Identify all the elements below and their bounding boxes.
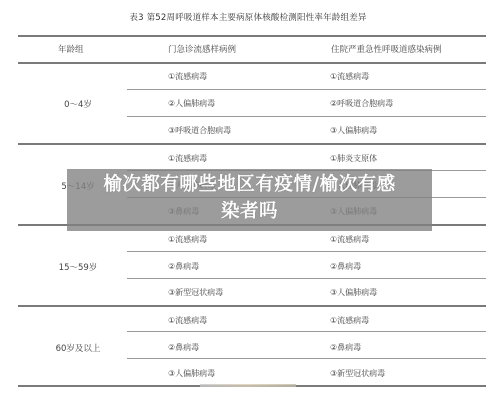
outpatient-cell: ③新型冠状病毒 — [168, 287, 223, 298]
outpatient-cell: ③人偏肺病毒 — [168, 368, 215, 379]
header-age-group: 年龄组 — [58, 43, 84, 55]
age-label: 0～4岁 — [18, 98, 138, 110]
age-label: 15～59岁 — [18, 261, 138, 273]
sub-rule — [127, 251, 486, 252]
outpatient-cell: ①流感病毒 — [168, 71, 207, 82]
sub-rule — [127, 278, 486, 279]
group-rule — [18, 143, 486, 145]
outpatient-cell: ①流感病毒 — [168, 315, 207, 326]
outpatient-cell: ②人偏肺病毒 — [168, 98, 215, 109]
inpatient-cell: ②鼻病毒 — [330, 342, 361, 353]
inpatient-cell: ②呼吸道合胞病毒 — [330, 98, 393, 109]
outpatient-cell: ①流感病毒 — [168, 153, 207, 164]
sub-rule — [127, 331, 486, 332]
age-label: 60岁及以上 — [18, 342, 138, 354]
caption-line-1: 榆次都有哪些地区有疫情/榆次有感 — [67, 171, 432, 198]
inpatient-cell: ②鼻病毒 — [330, 261, 361, 272]
inpatient-cell: ③人偏肺病毒 — [330, 125, 377, 136]
sub-rule — [127, 116, 486, 117]
outpatient-cell: ②鼻病毒 — [168, 261, 199, 272]
sub-rule — [127, 89, 486, 90]
inpatient-cell: ①流感病毒 — [330, 315, 369, 326]
inpatient-cell: ③新型冠状病毒 — [330, 368, 385, 379]
inpatient-cell: ③人偏肺病毒 — [330, 287, 377, 298]
scan-smudge — [200, 384, 296, 387]
header-inpatient: 住院严重急性呼吸道感染病例 — [331, 43, 442, 55]
table-title: 表3 第52周呼吸道样本主要病原体核酸检测阳性率年龄组差异 — [0, 11, 496, 23]
table-top-rule — [18, 35, 486, 37]
sub-rule — [127, 358, 486, 359]
caption-line-2: 染者吗 — [67, 198, 432, 225]
outpatient-cell: ②鼻病毒 — [168, 342, 199, 353]
inpatient-cell: ①肺炎支原体 — [330, 153, 377, 164]
caption-overlay-text: 榆次都有哪些地区有疫情/榆次有感 染者吗 — [67, 171, 432, 225]
header-rule — [18, 62, 486, 64]
outpatient-cell: ③呼吸道合胞病毒 — [168, 125, 231, 136]
inpatient-cell: ①流感病毒 — [330, 234, 369, 245]
inpatient-cell: ①流感病毒 — [330, 71, 369, 82]
header-outpatient: 门急诊流感样病例 — [168, 43, 236, 55]
group-rule — [18, 305, 486, 307]
outpatient-cell: ①流感病毒 — [168, 234, 207, 245]
